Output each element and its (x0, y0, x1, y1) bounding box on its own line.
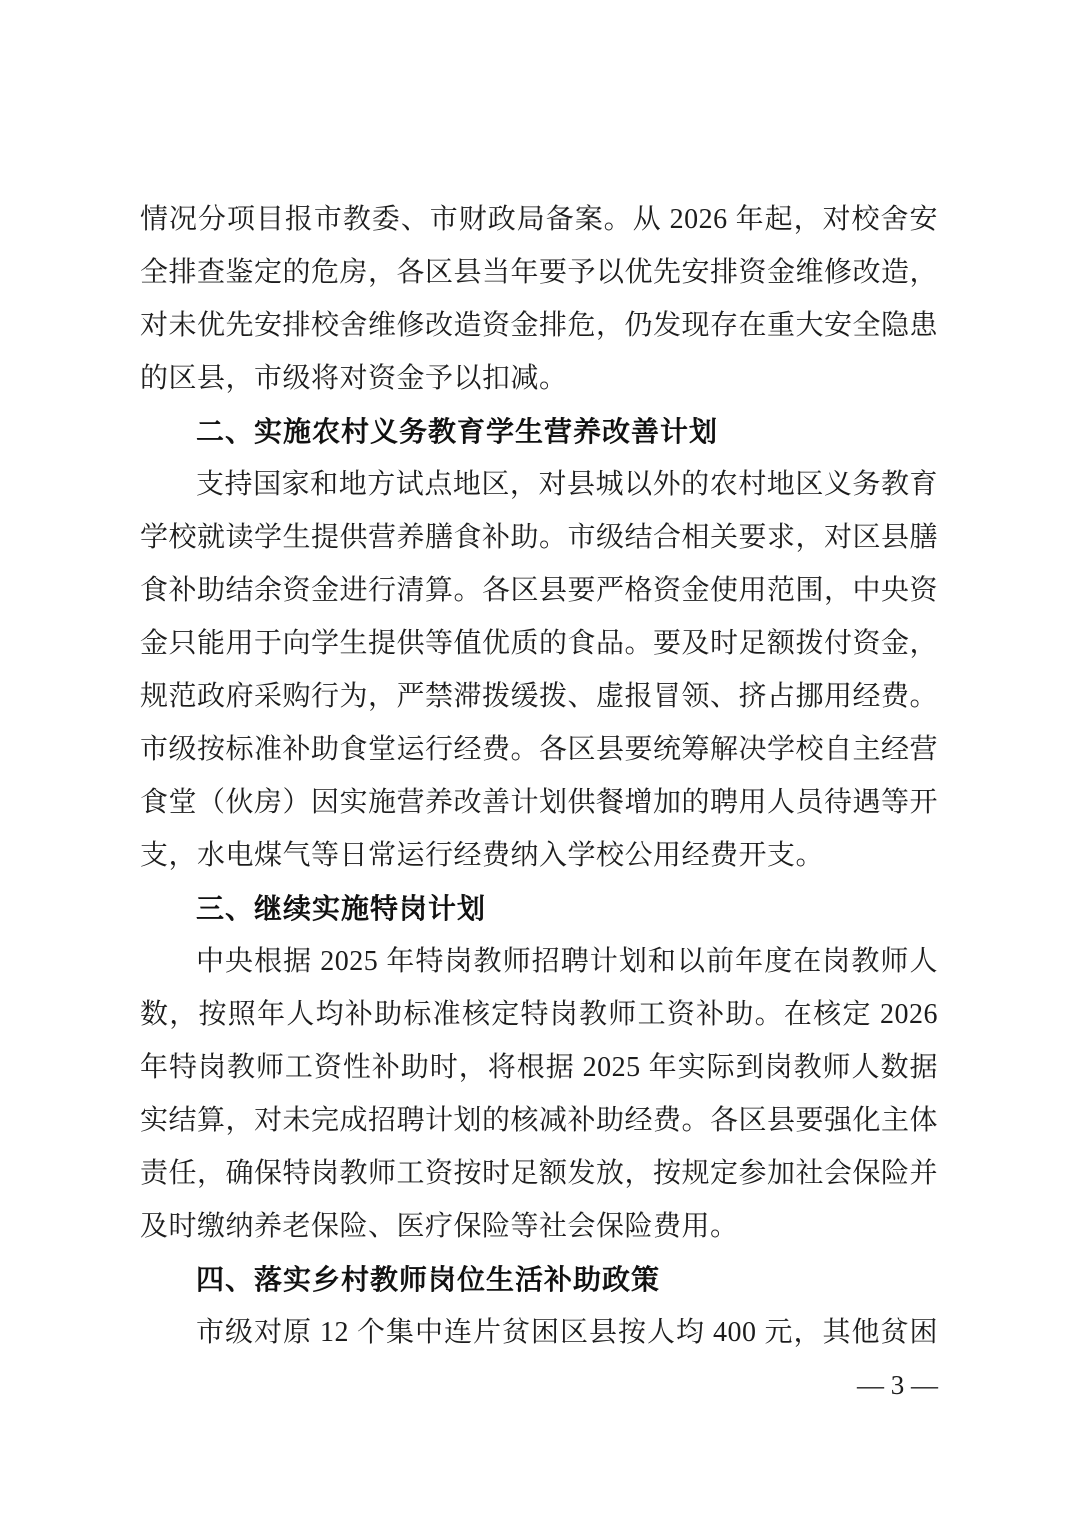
text-line: 市级按标准补助食堂运行经费。各区县要统筹解决学校自主经营 (140, 723, 938, 776)
document-body: 情况分项目报市教委、市财政局备案。从 2026 年起，对校舍安全排查鉴定的危房，… (140, 193, 938, 1412)
paragraph: 市级对原 12 个集中连片贫困区县按人均 400 元，其他贫困 (140, 1306, 938, 1359)
text-line: 支，水电煤气等日常运行经费纳入学校公用经费开支。 (140, 829, 938, 882)
section-heading: 三、继续实施特岗计划 (140, 882, 938, 935)
text-line: 支持国家和地方试点地区，对县城以外的农村地区义务教育 (140, 458, 938, 511)
text-line: 中央根据 2025 年特岗教师招聘计划和以前年度在岗教师人 (140, 935, 938, 988)
page-footer: — 3 — (140, 1359, 938, 1412)
text-line: 数，按照年人均补助标准核定特岗教师工资补助。在核定 2026 (140, 988, 938, 1041)
text-line: 对未优先安排校舍维修改造资金排危，仍发现存在重大安全隐患 (140, 299, 938, 352)
text-line: 食补助结余资金进行清算。各区县要严格资金使用范围，中央资 (140, 564, 938, 617)
text-line: 的区县，市级将对资金予以扣减。 (140, 352, 938, 405)
text-line: 学校就读学生提供营养膳食补助。市级结合相关要求，对区县膳 (140, 511, 938, 564)
page-number: — 3 — (857, 1370, 938, 1400)
text-line: 实结算，对未完成招聘计划的核减补助经费。各区县要强化主体 (140, 1094, 938, 1147)
text-line: 责任，确保特岗教师工资按时足额发放，按规定参加社会保险并 (140, 1147, 938, 1200)
paragraph: 情况分项目报市教委、市财政局备案。从 2026 年起，对校舍安全排查鉴定的危房，… (140, 193, 938, 405)
section-heading: 二、实施农村义务教育学生营养改善计划 (140, 405, 938, 458)
text-line: 规范政府采购行为，严禁滞拨缓拨、虚报冒领、挤占挪用经费。 (140, 670, 938, 723)
text-line: 年特岗教师工资性补助时，将根据 2025 年实际到岗教师人数据 (140, 1041, 938, 1094)
text-line: 食堂（伙房）因实施营养改善计划供餐增加的聘用人员待遇等开 (140, 776, 938, 829)
text-line: 及时缴纳养老保险、医疗保险等社会保险费用。 (140, 1200, 938, 1253)
document-content: 情况分项目报市教委、市财政局备案。从 2026 年起，对校舍安全排查鉴定的危房，… (140, 193, 938, 1359)
text-line: 全排查鉴定的危房，各区县当年要予以优先安排资金维修改造， (140, 246, 938, 299)
text-line: 市级对原 12 个集中连片贫困区县按人均 400 元，其他贫困 (140, 1306, 938, 1359)
section-heading: 四、落实乡村教师岗位生活补助政策 (140, 1253, 938, 1306)
paragraph: 支持国家和地方试点地区，对县城以外的农村地区义务教育学校就读学生提供营养膳食补助… (140, 458, 938, 882)
paragraph: 中央根据 2025 年特岗教师招聘计划和以前年度在岗教师人数，按照年人均补助标准… (140, 935, 938, 1253)
document-page: 情况分项目报市教委、市财政局备案。从 2026 年起，对校舍安全排查鉴定的危房，… (0, 0, 1074, 1520)
text-line: 情况分项目报市教委、市财政局备案。从 2026 年起，对校舍安 (140, 193, 938, 246)
text-line: 金只能用于向学生提供等值优质的食品。要及时足额拨付资金， (140, 617, 938, 670)
